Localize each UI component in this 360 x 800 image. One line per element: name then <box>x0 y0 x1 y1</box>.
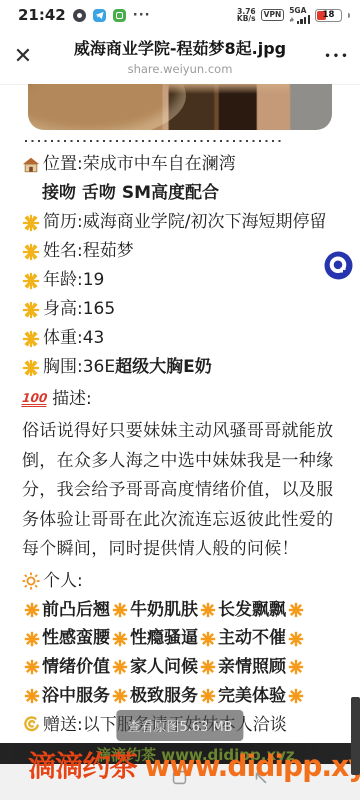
sun-burst-icon <box>22 243 40 261</box>
star-icon <box>288 602 304 618</box>
ad-text-content: 位置:荣成市中车自在澜湾 接吻 舌吻 SM高度配合 简历:威海商业学院/初次下海… <box>0 150 360 740</box>
network-type-label: 5GA <box>289 7 306 14</box>
profile-chest-text: 胸围:36E <box>43 353 115 382</box>
desc-label-row: 100 描述: <box>22 385 338 414</box>
photo-preview[interactable] <box>28 84 332 130</box>
sun-burst-icon <box>22 272 40 290</box>
watermark-url: www.didipp.xyz <box>144 749 360 783</box>
profile-text: 身高:165 <box>43 295 115 324</box>
tag: 性感蛮腰 <box>42 624 110 653</box>
profile-row-chest: 胸围:36E 超级大胸E奶 <box>22 353 338 382</box>
header-titles: 威海商业学院-程茹梦8起.jpg share.weiyun.com <box>46 36 314 76</box>
sun-outline-icon <box>22 572 40 590</box>
star-icon <box>112 631 128 647</box>
star-icon <box>288 688 304 704</box>
viewer-header: ✕ 威海商业学院-程茹梦8起.jpg share.weiyun.com ••• <box>0 28 360 85</box>
photo-skin-area <box>168 84 290 94</box>
network-speed: 3.76 KB/s <box>237 8 256 23</box>
notification-app-icon <box>73 9 86 22</box>
tag-row: 情绪价值 家人问候 亲情照顾 <box>22 653 338 682</box>
battery-percent: 18 <box>316 10 341 20</box>
tag: 情绪价值 <box>42 653 110 682</box>
status-bar-left: 21:42 ··· <box>18 6 151 24</box>
profile-chest-bold: 超级大胸E奶 <box>115 353 212 382</box>
profile-row: 姓名:程茹梦 <box>22 237 338 266</box>
close-icon[interactable]: ✕ <box>0 44 46 69</box>
dotted-separator <box>25 140 285 142</box>
tag-row: 浴中服务 极致服务 完美体验 <box>22 682 338 711</box>
tag-row: 性感蛮腰 性瘾骚逼 主动不催 <box>22 624 338 653</box>
house-icon <box>22 156 40 174</box>
phone-screen: 21:42 ··· 3.76 KB/s VPN 5GA # <box>0 0 360 800</box>
location-row: 位置:荣成市中车自在澜湾 <box>22 150 338 179</box>
star-icon <box>288 631 304 647</box>
cellular-signal: 5GA # <box>289 7 310 24</box>
desc-label: 描述: <box>52 385 92 414</box>
star-icon <box>24 602 40 618</box>
android-app-icon <box>113 9 126 22</box>
status-bar: 21:42 ··· 3.76 KB/s VPN 5GA # <box>0 0 360 28</box>
vpn-badge: VPN <box>261 9 285 21</box>
tag: 前凸后翘 <box>42 596 110 625</box>
file-title: 威海商业学院-程茹梦8起.jpg <box>46 36 314 59</box>
profile-row: 体重:43 <box>22 324 338 353</box>
star-icon <box>112 659 128 675</box>
view-original-button[interactable]: 查看原图5.63 MB <box>116 710 243 741</box>
swirl-icon <box>22 716 40 734</box>
status-bar-right: 3.76 KB/s VPN 5GA # 18 <box>237 7 350 24</box>
battery-nub <box>348 13 350 18</box>
star-icon <box>200 602 216 618</box>
profile-row: 年龄:19 <box>22 266 338 295</box>
profile-row: 身高:165 <box>22 295 338 324</box>
star-icon <box>200 631 216 647</box>
hundred-points-icon: 100 <box>21 393 48 407</box>
highlight-row: 接吻 舌吻 SM高度配合 <box>22 179 338 208</box>
profile-text: 体重:43 <box>43 324 104 353</box>
star-icon <box>112 688 128 704</box>
star-icon <box>200 659 216 675</box>
location-text: 位置:荣成市中车自在澜湾 <box>43 150 236 179</box>
scrollbar-thumb[interactable] <box>351 697 360 775</box>
sun-burst-icon <box>22 330 40 348</box>
star-icon <box>112 602 128 618</box>
sun-burst-icon <box>22 301 40 319</box>
tag: 亲情照顾 <box>218 653 286 682</box>
tag-row: 前凸后翘 牛奶肌肤 长发飘飘 <box>22 596 338 625</box>
signal-bars-icon: # <box>289 15 310 24</box>
tag: 性瘾骚逼 <box>130 624 198 653</box>
tag: 家人问候 <box>130 653 198 682</box>
personal-label: 个人: <box>43 567 83 596</box>
tag: 主动不催 <box>218 624 286 653</box>
battery-icon: 18 <box>315 9 342 22</box>
sun-burst-icon <box>22 214 40 232</box>
clock: 21:42 <box>18 6 66 24</box>
personal-label-row: 个人: <box>22 567 338 596</box>
share-domain: share.weiyun.com <box>46 62 314 76</box>
star-icon <box>24 688 40 704</box>
tag: 浴中服务 <box>42 682 110 711</box>
highlight-text: 接吻 舌吻 SM高度配合 <box>42 179 219 208</box>
table-highlight <box>28 84 186 130</box>
star-icon <box>288 659 304 675</box>
star-icon <box>200 688 216 704</box>
sun-burst-icon <box>22 359 40 377</box>
profile-row: 简历:威海商业学院/初次下海短期停留 <box>22 208 338 237</box>
watermark-name: 滴滴约茶 <box>28 749 137 783</box>
tag: 牛奶肌肤 <box>130 596 198 625</box>
profile-text: 简历:威海商业学院/初次下海短期停留 <box>43 208 326 237</box>
more-menu-icon[interactable]: ••• <box>314 51 360 62</box>
tag: 完美体验 <box>218 682 286 711</box>
floating-assistant-button[interactable] <box>324 251 353 280</box>
telegram-icon <box>93 9 106 22</box>
star-icon <box>24 659 40 675</box>
profile-text: 年龄:19 <box>43 266 104 295</box>
profile-text: 姓名:程茹梦 <box>43 237 134 266</box>
site-watermark: 滴滴约茶www.didipp.xyz <box>28 744 360 785</box>
star-icon <box>24 631 40 647</box>
tag: 极致服务 <box>130 682 198 711</box>
description-paragraph: 俗话说得好只要妹妹主动风骚哥哥就能放倒，在众多人海之中选中妹妹我是一种缘分，我会… <box>22 417 338 565</box>
network-speed-unit: KB/s <box>237 15 256 23</box>
notification-overflow-icon: ··· <box>133 8 151 23</box>
tag: 长发飘飘 <box>218 596 286 625</box>
